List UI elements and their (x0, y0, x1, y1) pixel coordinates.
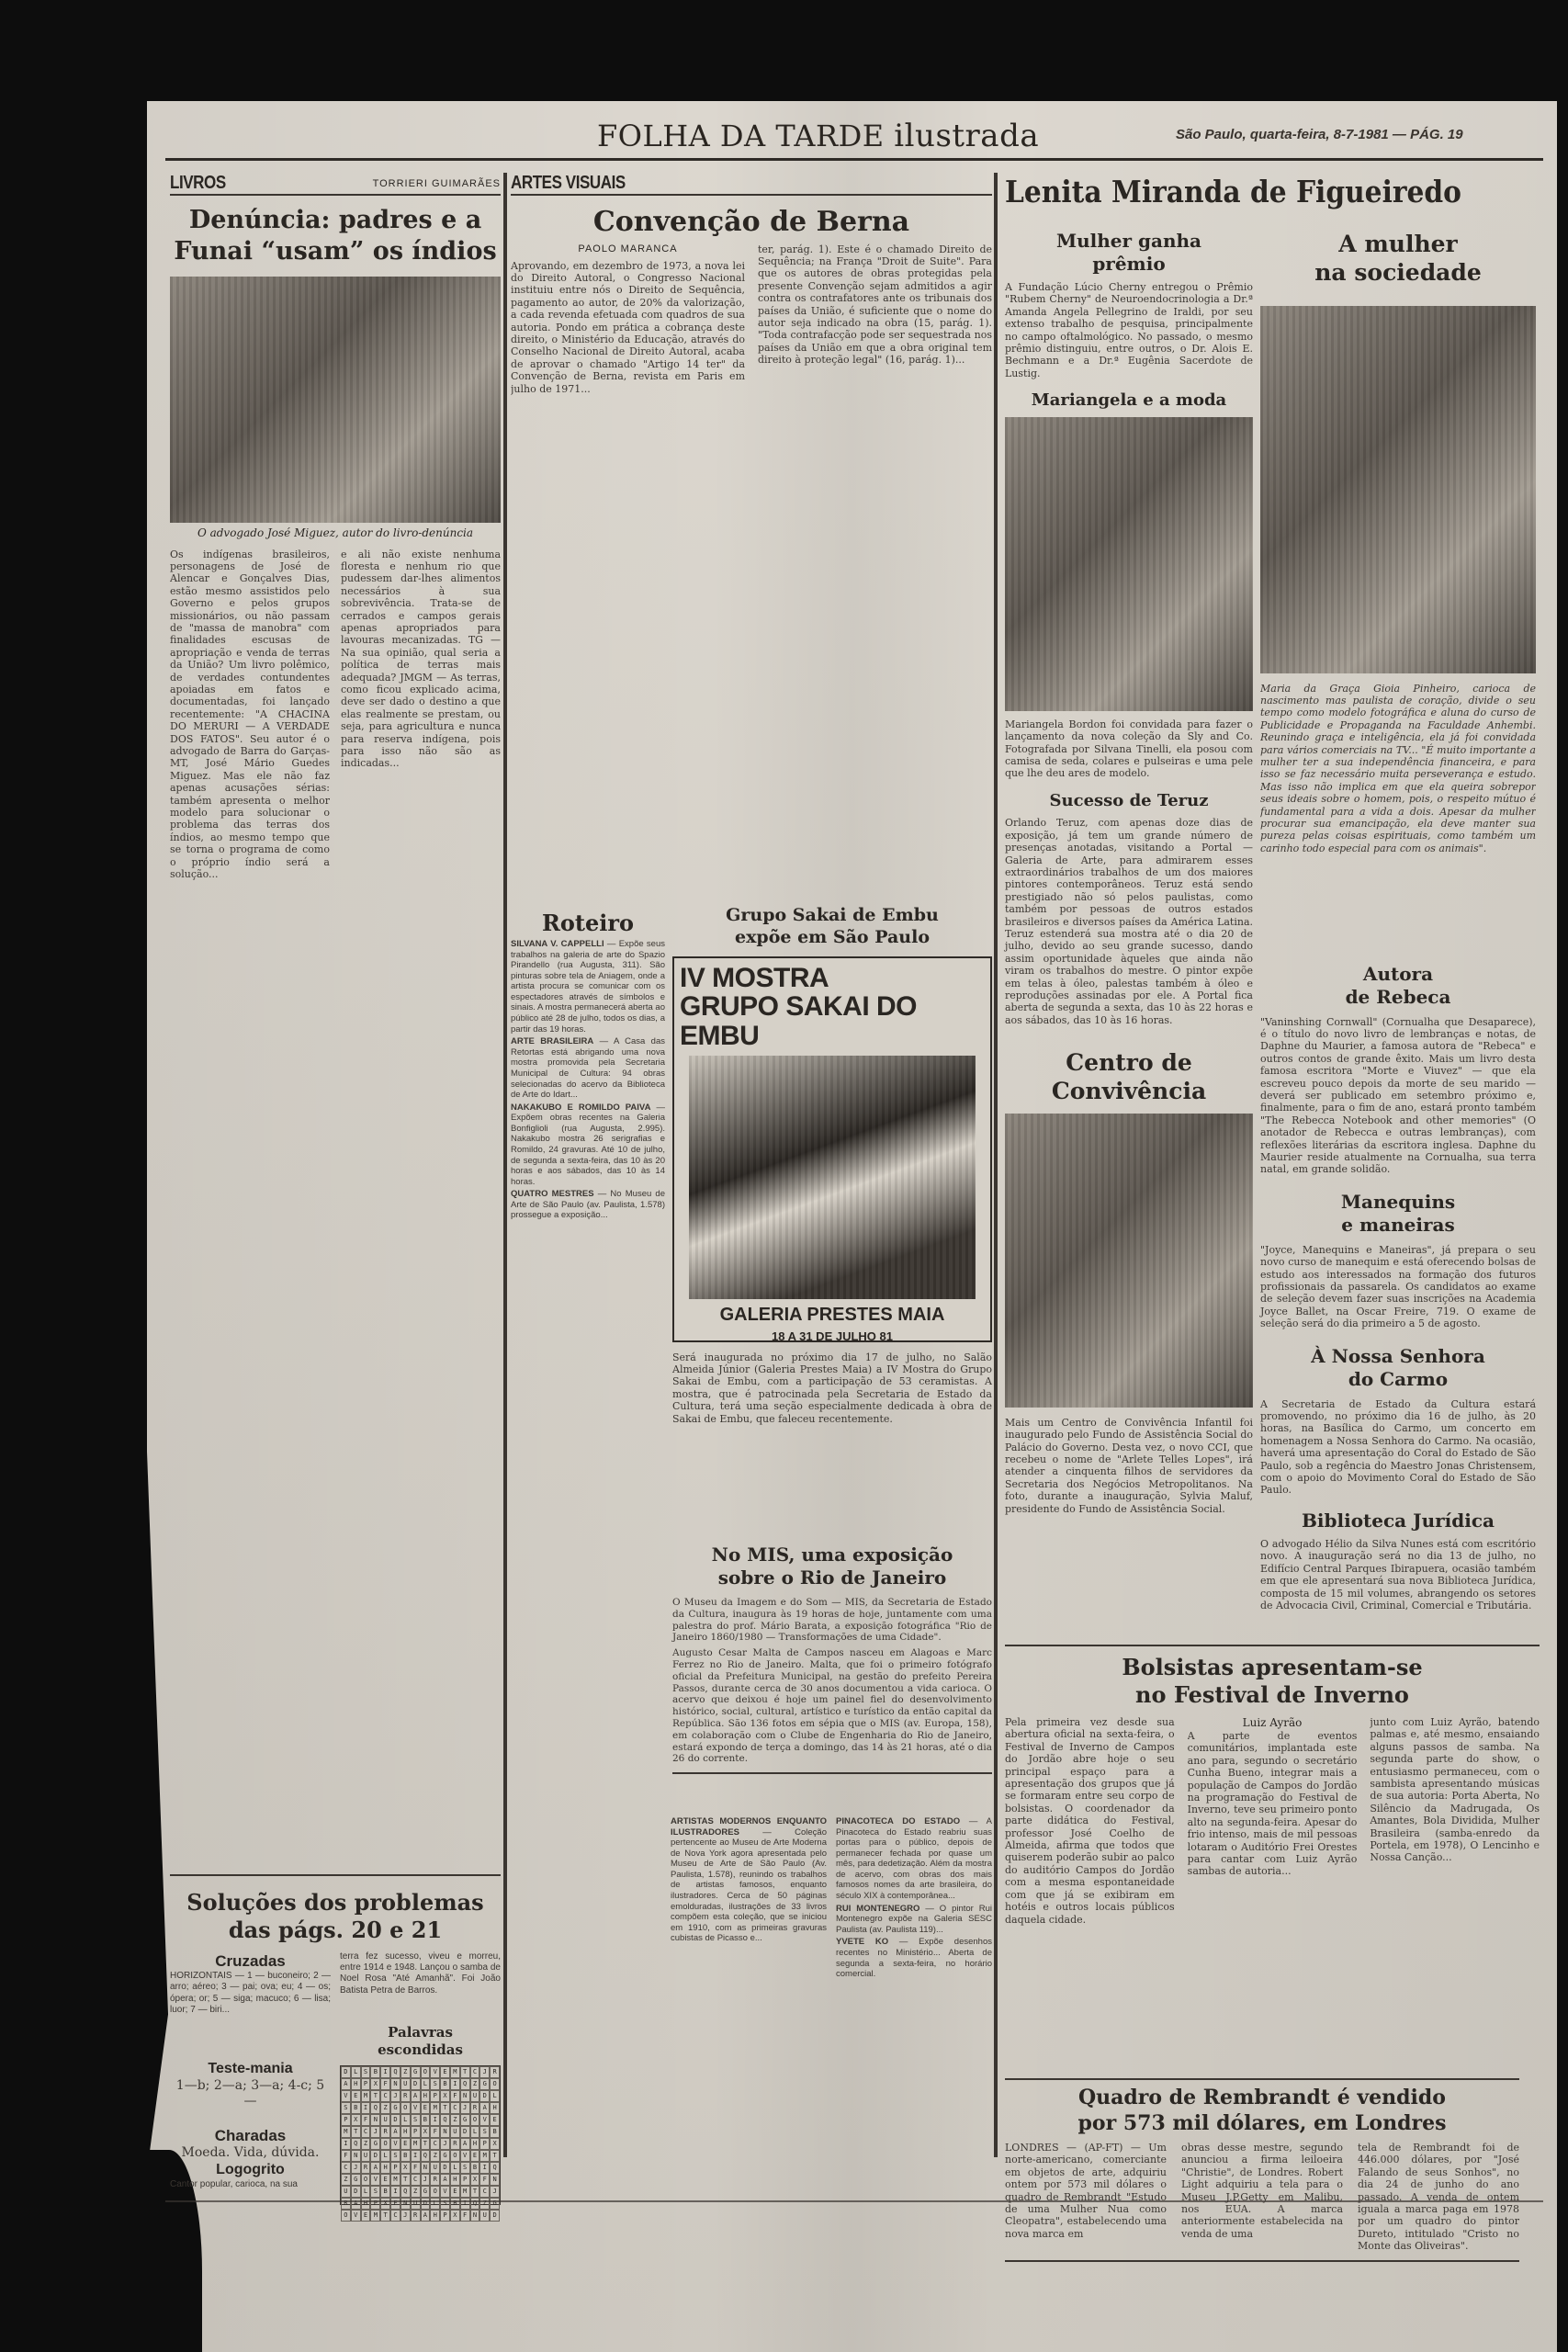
grid-cell: I (341, 2138, 351, 2150)
headline-line: Funai “usam” os índios (170, 236, 501, 267)
grid-cell: I (380, 2066, 390, 2078)
grid-cell: B (351, 2102, 361, 2114)
section-rule (170, 194, 501, 196)
headline-line: do Carmo (1260, 1368, 1536, 1391)
grid-cell: R (450, 2138, 460, 2150)
sociedade-headline: A mulher na sociedade (1260, 230, 1536, 288)
headline-line: Soluções dos problemas (170, 1889, 501, 1917)
section-label-artes: ARTES VISUAIS (511, 173, 626, 194)
grid-cell: T (400, 2174, 411, 2186)
livros-col2: e ali não existe nenhuma floresta e nenh… (341, 548, 501, 1807)
grid-cell: A (411, 2090, 421, 2102)
grid-cell: X (370, 2078, 380, 2090)
grid-cell: I (361, 2102, 371, 2114)
grid-cell: M (450, 2066, 460, 2078)
grid-cell: V (351, 2210, 361, 2222)
grid-cell: P (361, 2078, 371, 2090)
section-rule (1005, 1645, 1540, 1646)
grid-cell: C (470, 2066, 480, 2078)
grid-cell: E (351, 2090, 361, 2102)
headline-line: A mulher (1260, 230, 1536, 258)
column-divider (994, 173, 998, 2157)
cruzadas-title: Cruzadas (170, 1951, 331, 1971)
grid-cell: O (400, 2102, 411, 2114)
grid-cell: O (380, 2138, 390, 2150)
grid-cell: N (490, 2174, 500, 2186)
grid-cell: D (370, 2150, 380, 2162)
headline-line: prêmio (1005, 253, 1253, 276)
roteiro-entry: NAKAKUBO E ROMILDO PAIVA — Expõem obras … (511, 1102, 665, 1188)
page-bottom-rule (165, 2200, 1543, 2202)
grid-cell: V (390, 2138, 400, 2150)
grid-cell: I (390, 2186, 400, 2198)
grid-cell: D (460, 2126, 470, 2138)
grid-cell: M (390, 2174, 400, 2186)
mis-section: No MIS, uma exposição sobre o Rio de Jan… (672, 1543, 992, 1774)
masthead-rule (165, 158, 1543, 161)
grid-cell: F (460, 2210, 470, 2222)
grid-cell: A (460, 2138, 470, 2150)
grid-cell: E (380, 2174, 390, 2186)
grid-cell: A (479, 2102, 490, 2114)
grid-cell: N (421, 2162, 431, 2174)
grid-cell: G (479, 2078, 490, 2090)
grid-cell: C (390, 2210, 400, 2222)
grid-cell: E (450, 2186, 460, 2198)
section-rule (1005, 2078, 1519, 2080)
solucoes-headline: Soluções dos problemas das págs. 20 e 21 (170, 1889, 501, 1944)
grid-cell: A (440, 2174, 450, 2186)
grid-cell: S (390, 2150, 400, 2162)
grid-cell: R (400, 2090, 411, 2102)
bolsistas-byline: Luiz Ayrão (1188, 1716, 1358, 1730)
grid-cell: O (421, 2066, 431, 2078)
mariangela-headline: Mariangela e a moda (1005, 390, 1253, 412)
grid-cell: J (490, 2186, 500, 2198)
grid-cell: B (440, 2078, 450, 2090)
solucoes-section: Soluções dos problemas das págs. 20 e 21… (170, 1874, 501, 2205)
grid-cell: Z (361, 2138, 371, 2150)
rembrandt-col1: LONDRES — (AP-FT) — Um norte-americano, … (1005, 2142, 1167, 2253)
berna-col1: Aprovando, em dezembro de 1973, a nova l… (511, 260, 745, 775)
grid-cell: Q (460, 2078, 470, 2090)
grid-cell: S (341, 2102, 351, 2114)
teruz-body: Orlando Teruz, com apenas doze dias de e… (1005, 817, 1253, 1026)
manequins-body: "Joyce, Manequins e Maneiras", já prepar… (1260, 1244, 1536, 1330)
grid-cell: D (411, 2078, 421, 2090)
grid-cell: N (470, 2210, 480, 2222)
ad-venue: GALERIA PRESTES MAIA (680, 1305, 985, 1326)
grid-cell: Q (490, 2162, 500, 2174)
berna-col2: ter, parág. 1). Este é o chamado Direito… (758, 243, 992, 776)
grid-cell: Z (470, 2078, 480, 2090)
masthead: FOLHA DA TARDE ilustrada (597, 118, 1039, 154)
grid-cell: I (430, 2114, 440, 2126)
grid-cell: E (440, 2066, 450, 2078)
grid-cell: Z (341, 2174, 351, 2186)
section-rule (511, 194, 992, 196)
grid-cell: G (421, 2186, 431, 2198)
headline-line: por 573 mil dólares, em Londres (1005, 2111, 1519, 2137)
bolsistas-col3: junto com Luiz Ayrão, batendo palmas e, … (1370, 1716, 1540, 2019)
grid-cell: N (460, 2090, 470, 2102)
grid-cell: M (460, 2186, 470, 2198)
grid-cell: L (361, 2186, 371, 2198)
section-label-livros: LIVROS (170, 173, 226, 194)
teruz-headline: Sucesso de Teruz (1005, 791, 1253, 812)
grid-cell: T (460, 2066, 470, 2078)
grid-cell: G (411, 2066, 421, 2078)
grid-cell: C (361, 2126, 371, 2138)
grid-cell: X (470, 2174, 480, 2186)
bolsistas-headline: Bolsistas apresentam-se no Festival de I… (1005, 1654, 1540, 1709)
grid-cell: V (479, 2114, 490, 2126)
grid-cell: B (421, 2114, 431, 2126)
rembrandt-headline: Quadro de Rembrandt é vendido por 573 mi… (1005, 2086, 1519, 2136)
grid-cell: C (341, 2162, 351, 2174)
grid-cell: D (479, 2090, 490, 2102)
testemania-title: Teste-mania (170, 2060, 331, 2078)
grid-cell: V (460, 2150, 470, 2162)
grid-cell: Q (351, 2138, 361, 2150)
grid-cell: D (440, 2162, 450, 2174)
carmo-headline: À Nossa Senhora do Carmo (1260, 1345, 1536, 1391)
grid-cell: T (440, 2102, 450, 2114)
grid-cell: F (380, 2078, 390, 2090)
lenita-column-title: Lenita Miranda de Figueiredo (1005, 173, 1486, 210)
grid-cell: E (400, 2138, 411, 2150)
lenita-right: A mulher na sociedade Maria da Graça Gio… (1260, 230, 1536, 1611)
grid-cell: L (400, 2114, 411, 2126)
roteiro-entry: SILVANA V. CAPPELLI — Expõe seus trabalh… (511, 939, 665, 1035)
grid-cell: C (411, 2174, 421, 2186)
grid-cell: G (460, 2114, 470, 2126)
headline-line: Mulher ganha (1005, 230, 1253, 253)
headline-line: Manequins (1260, 1191, 1536, 1214)
headline-line: na sociedade (1260, 258, 1536, 287)
sociedade-body: Maria da Graça Gioia Pinheiro, carioca d… (1260, 683, 1536, 944)
grid-cell: S (460, 2162, 470, 2174)
grid-cell: L (470, 2126, 480, 2138)
grid-cell: L (351, 2066, 361, 2078)
grid-cell: Z (430, 2150, 440, 2162)
grid-cell: Z (411, 2186, 421, 2198)
grid-cell: T (421, 2138, 431, 2150)
artes-visuais-section: ARTES VISUAIS Convenção de Berna PAOLO M… (511, 173, 992, 776)
grid-cell: P (411, 2126, 421, 2138)
section-rule (170, 1874, 501, 1876)
carmo-body: A Secretaria de Estado da Cultura estará… (1260, 1398, 1536, 1497)
grid-cell: O (470, 2114, 480, 2126)
section-rule (1005, 2260, 1519, 2262)
grid-cell: X (400, 2162, 411, 2174)
grid-cell: U (341, 2186, 351, 2198)
logogrito-title: Logogrito (170, 2161, 331, 2179)
grid-cell: S (361, 2066, 371, 2078)
berna-byline: PAOLO MARANCA (511, 243, 745, 254)
grid-cell: J (421, 2174, 431, 2186)
manequins-headline: Manequins e maneiras (1260, 1191, 1536, 1237)
grid-cell: M (411, 2138, 421, 2150)
rembrandt-col3: tela de Rembrandt foi de 446.000 dólares… (1358, 2142, 1519, 2253)
logogrito-text: terra fez sucesso, viveu e morreu, entre… (340, 1951, 501, 1996)
rebeca-headline: Autora de Rebeca (1260, 963, 1536, 1009)
sakai-body: Será inaugurada no próximo dia 17 de jul… (672, 1351, 992, 1425)
grid-cell: P (390, 2162, 400, 2174)
grid-cell: R (411, 2210, 421, 2222)
grid-cell: E (361, 2210, 371, 2222)
grid-cell: U (450, 2126, 460, 2138)
grid-cell: Z (380, 2102, 390, 2114)
grid-cell: C (430, 2138, 440, 2150)
grid-cell: V (430, 2066, 440, 2078)
grid-cell: J (460, 2102, 470, 2114)
convivencia-headline: Centro de Convivência (1005, 1048, 1253, 1106)
grid-cell: T (380, 2210, 390, 2222)
grid-cell: D (390, 2114, 400, 2126)
grid-cell: X (490, 2138, 500, 2150)
palavras-title: Palavras escondidas (370, 2024, 471, 2059)
grid-cell: F (361, 2114, 371, 2126)
bolsistas-col2: A parte de eventos comunitários, implant… (1188, 1730, 1358, 2019)
grid-cell: F (341, 2150, 351, 2162)
grid-cell: H (421, 2090, 431, 2102)
cruzadas-text: HORIZONTAIS — 1 — buconeiro; 2 — arro; a… (170, 1971, 331, 2016)
grid-cell: C (450, 2102, 460, 2114)
grid-cell: H (490, 2102, 500, 2114)
charadas-text: Moeda. Vida, dúvida. (170, 2145, 331, 2161)
biblioteca-headline: Biblioteca Jurídica (1260, 1510, 1536, 1532)
mariangela-caption: Mariangela Bordon foi convidada para faz… (1005, 718, 1253, 780)
grid-cell: U (361, 2150, 371, 2162)
photo-convivencia (1005, 1114, 1253, 1408)
grid-cell: B (490, 2126, 500, 2138)
grid-cell: D (490, 2210, 500, 2222)
grid-cell: R (430, 2174, 440, 2186)
roteiro-continued: ARTISTAS MODERNOS ENQUANTO ILUSTRADORES … (671, 1815, 992, 2164)
mis-body2: Augusto Cesar Malta de Campos nasceu em … (672, 1647, 992, 1765)
grid-cell: I (450, 2078, 460, 2090)
grid-cell: B (380, 2186, 390, 2198)
grid-cell: M (479, 2150, 490, 2162)
livros-headline: Denúncia: padres e a Funai “usam” os índ… (170, 205, 501, 267)
grid-cell: O (341, 2210, 351, 2222)
grid-cell: P (460, 2174, 470, 2186)
premio-body: A Fundação Lúcio Cherny entregou o Prêmi… (1005, 281, 1253, 379)
grid-cell: I (479, 2162, 490, 2174)
grid-cell: H (450, 2174, 460, 2186)
grid-cell: V (341, 2090, 351, 2102)
grid-cell: U (400, 2078, 411, 2090)
testemania-text: 1—b; 2—a; 3—a; 4-c; 5— (170, 2078, 331, 2109)
ad-title-line2: GRUPO SAKAI DO EMBU (680, 992, 985, 1050)
grid-cell: N (351, 2150, 361, 2162)
bolsistas-section: Bolsistas apresentam-se no Festival de I… (1005, 1645, 1540, 2019)
masthead-suffix: ilustrada (894, 118, 1039, 154)
grid-cell: H (351, 2078, 361, 2090)
grid-cell: J (400, 2210, 411, 2222)
berna-headline: Convenção de Berna (511, 205, 992, 240)
grid-cell: R (490, 2066, 500, 2078)
headline-line: expõe em São Paulo (672, 927, 992, 949)
grid-cell: P (440, 2210, 450, 2222)
grid-cell: A (390, 2126, 400, 2138)
headline-line: Convivência (1005, 1077, 1253, 1105)
grid-cell: L (380, 2150, 390, 2162)
grid-cell: C (380, 2090, 390, 2102)
grid-cell: J (370, 2126, 380, 2138)
headline-line: Bolsistas apresentam-se (1005, 1654, 1540, 1681)
sakai-headline: Grupo Sakai de Embu expõe em São Paulo (672, 905, 992, 949)
grid-cell: U (470, 2090, 480, 2102)
word-search-grid: DLSBIQZGOVEMTCJRAHPXFNUDLSBIQZGOVEMTCJRA… (340, 2065, 501, 2205)
grid-cell: J (440, 2138, 450, 2150)
grid-cell: L (450, 2162, 460, 2174)
dateline: São Paulo, quarta-feira, 8-7-1981 — PÁG.… (1176, 127, 1463, 142)
grid-cell: O (490, 2078, 500, 2090)
grid-cell: N (370, 2114, 380, 2126)
grid-cell: T (370, 2090, 380, 2102)
rembrandt-col2: obras desse mestre, segundo anunciou a f… (1181, 2142, 1343, 2253)
roteiro-list: SILVANA V. CAPPELLI — Expõe seus trabalh… (511, 937, 665, 1883)
roteiro-entry: QUATRO MESTRES — No Museu de Arte de São… (511, 1189, 665, 1221)
grid-cell: J (479, 2066, 490, 2078)
grid-cell: T (351, 2126, 361, 2138)
livros-byline: TORRIERI GUIMARÃES (373, 178, 501, 189)
grid-cell: Q (390, 2066, 400, 2078)
grid-cell: R (380, 2126, 390, 2138)
rembrandt-section: Quadro de Rembrandt é vendido por 573 mi… (1005, 2078, 1519, 2262)
grid-cell: N (440, 2126, 450, 2138)
headline-line: Grupo Sakai de Embu (672, 905, 992, 927)
column-divider (503, 173, 507, 2157)
grid-cell: H (380, 2162, 390, 2174)
grid-cell: A (341, 2078, 351, 2090)
grid-cell: P (479, 2138, 490, 2150)
grid-cell: G (440, 2150, 450, 2162)
headline-line: À Nossa Senhora (1260, 1345, 1536, 1368)
ad-title-line1: IV MOSTRA (680, 964, 985, 993)
lenita-section: Lenita Miranda de Figueiredo (1005, 173, 1540, 210)
grid-cell: C (479, 2186, 490, 2198)
headline-line: Autora (1260, 963, 1536, 986)
grid-cell: U (479, 2210, 490, 2222)
grid-cell: N (390, 2078, 400, 2090)
headline-line: Denúncia: padres e a (170, 205, 501, 236)
grid-cell: L (490, 2090, 500, 2102)
logogrito-answer: Cantor popular, carioca, na sua (170, 2179, 331, 2190)
grid-cell: Q (421, 2150, 431, 2162)
roteiro-entry: RUI MONTENEGRO — O pintor Rui Montenegro… (836, 1904, 992, 1936)
mis-body1: O Museu da Imagem e do Som — MIS, da Sec… (672, 1597, 992, 1644)
headline-line: de Rebeca (1260, 986, 1536, 1009)
grid-cell: X (450, 2210, 460, 2222)
grid-cell: R (470, 2102, 480, 2114)
grid-cell: M (361, 2090, 371, 2102)
masthead-title: FOLHA DA TARDE (597, 119, 885, 153)
grid-cell: O (361, 2174, 371, 2186)
charadas-title: Charadas (170, 2126, 331, 2145)
grid-cell: Q (370, 2102, 380, 2114)
grid-cell: O (430, 2186, 440, 2198)
grid-cell: U (380, 2114, 390, 2126)
grid-cell: Q (440, 2114, 450, 2126)
roteiro-entry: PINACOTECA DO ESTADO — A Pinacoteca do E… (836, 1816, 992, 1902)
grid-cell: H (400, 2126, 411, 2138)
grid-cell: Z (450, 2114, 460, 2126)
convivencia-body: Mais um Centro de Convivência Infantil f… (1005, 1417, 1253, 1515)
grid-cell: S (370, 2186, 380, 2198)
grid-cell: U (430, 2162, 440, 2174)
lenita-left: Mulher ganha prêmio A Fundação Lúcio Che… (1005, 230, 1253, 1515)
grid-cell: H (470, 2138, 480, 2150)
headline-line: das págs. 20 e 21 (170, 1917, 501, 1944)
section-rule (672, 1772, 992, 1774)
grid-cell: M (370, 2210, 380, 2222)
grid-cell: L (421, 2078, 431, 2090)
grid-cell: V (370, 2174, 380, 2186)
photo-jose-miguez (170, 277, 501, 523)
grid-cell: T (490, 2150, 500, 2162)
livros-col1: Os indígenas brasileiros, personagens de… (170, 548, 330, 1807)
livros-section: LIVROS TORRIERI GUIMARÃES Denúncia: padr… (170, 173, 501, 1807)
grid-cell: D (351, 2186, 361, 2198)
grid-cell: A (421, 2210, 431, 2222)
grid-cell: B (400, 2150, 411, 2162)
grid-cell: T (470, 2186, 480, 2198)
grid-cell: E (421, 2102, 431, 2114)
grid-cell: E (470, 2150, 480, 2162)
grid-cell: P (430, 2090, 440, 2102)
grid-cell: V (440, 2186, 450, 2198)
biblioteca-body: O advogado Hélio da Silva Nunes está com… (1260, 1538, 1536, 1611)
grid-cell: E (490, 2114, 500, 2126)
photo-caption: O advogado José Miguez, autor do livro-d… (170, 526, 501, 539)
grid-cell: Z (400, 2066, 411, 2078)
roteiro-entry: ARTE BRASILEIRA — A Casa das Retortas es… (511, 1036, 665, 1100)
grid-cell: M (430, 2102, 440, 2114)
grid-cell: P (341, 2114, 351, 2126)
grid-cell: B (370, 2066, 380, 2078)
grid-cell: D (341, 2066, 351, 2078)
grid-cell: G (351, 2174, 361, 2186)
grid-cell: V (411, 2102, 421, 2114)
roteiro-section: Roteiro SILVANA V. CAPPELLI — Expõe seus… (511, 910, 665, 1883)
grid-cell: X (351, 2114, 361, 2126)
grid-cell: G (370, 2138, 380, 2150)
roteiro-col3: PINACOTECA DO ESTADO — A Pinacoteca do E… (836, 1815, 992, 2164)
headline-line: no Festival de Inverno (1005, 1681, 1540, 1709)
roteiro-col2: ARTISTAS MODERNOS ENQUANTO ILUSTRADORES … (671, 1815, 827, 2164)
sakai-ad: IV MOSTRA GRUPO SAKAI DO EMBU GALERIA PR… (672, 956, 992, 1342)
grid-cell: F (411, 2162, 421, 2174)
grid-cell: F (430, 2126, 440, 2138)
grid-cell: S (479, 2126, 490, 2138)
headline-line: No MIS, uma exposição (672, 1543, 992, 1566)
roteiro-entry: YVETE KO — Expõe desenhos recentes no Mi… (836, 1937, 992, 1979)
roteiro-entry: ARTISTAS MODERNOS ENQUANTO ILUSTRADORES … (671, 1816, 827, 1944)
mis-headline: No MIS, uma exposição sobre o Rio de Jan… (672, 1543, 992, 1589)
grid-cell: I (411, 2150, 421, 2162)
headline-line: Quadro de Rembrandt é vendido (1005, 2086, 1519, 2111)
bolsistas-col1: Pela primeira vez desde sua abertura ofi… (1005, 1716, 1175, 2019)
grid-cell: A (370, 2162, 380, 2174)
grid-cell: X (421, 2126, 431, 2138)
rebeca-body: "Vaninshing Cornwall" (Cornualha que Des… (1260, 1016, 1536, 1176)
headline-line: sobre o Rio de Janeiro (672, 1566, 992, 1589)
photo-maria-da-graca (1260, 306, 1536, 673)
grid-cell: J (390, 2090, 400, 2102)
